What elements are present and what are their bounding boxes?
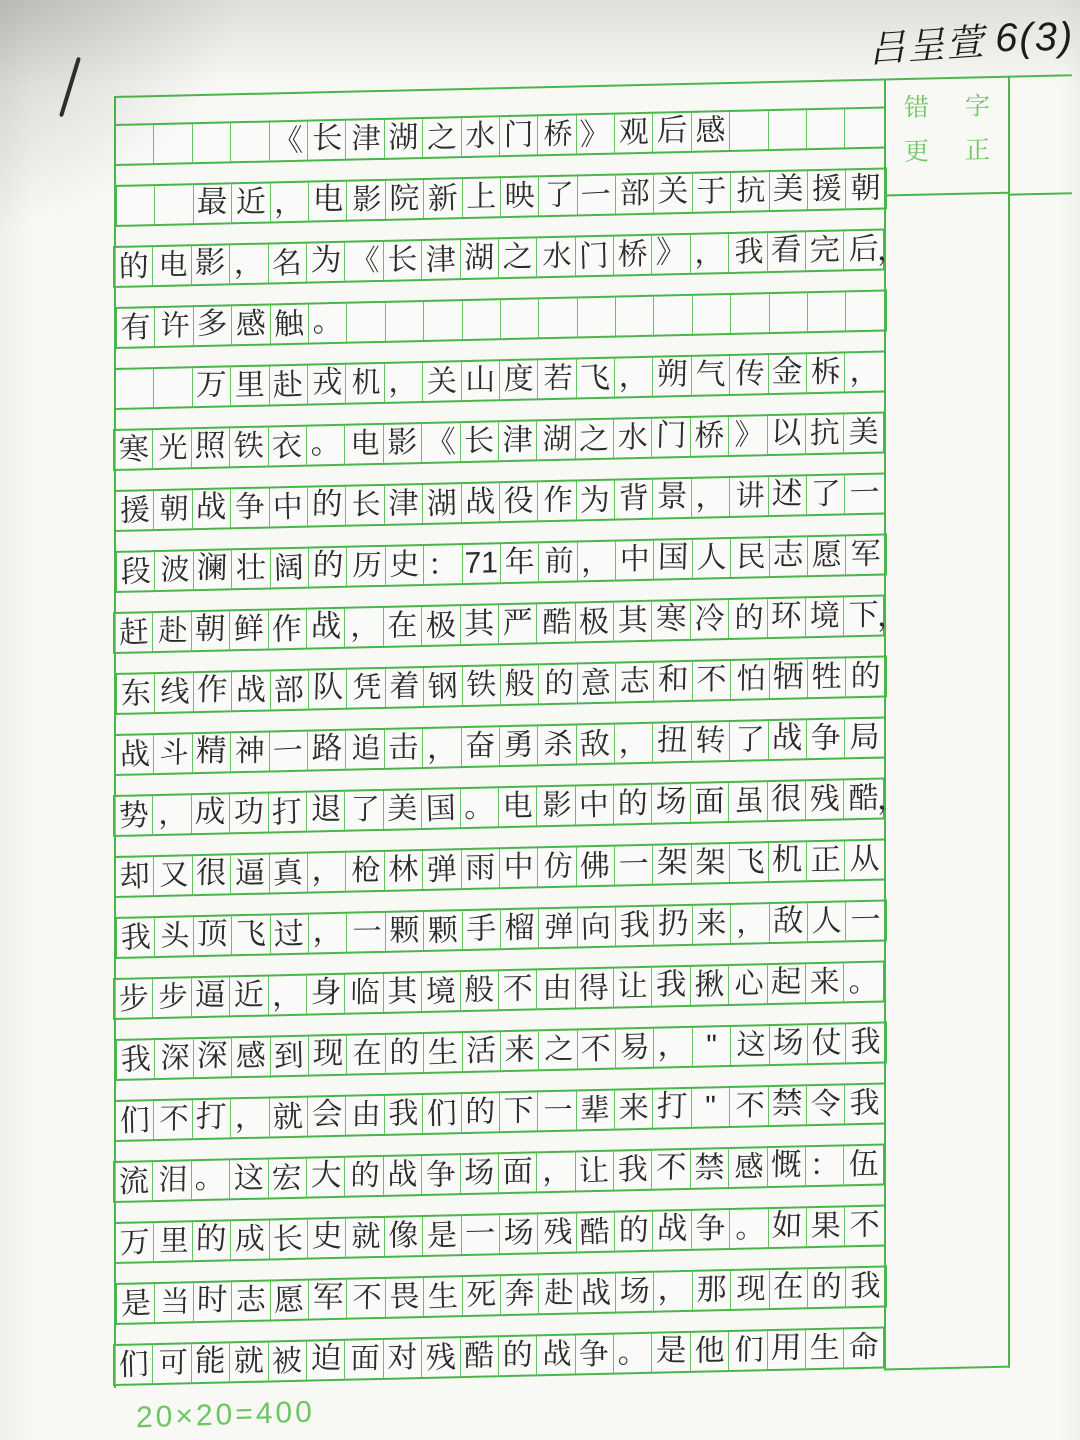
grid-cell: 津 <box>385 485 423 524</box>
grid-cell: 寒 <box>115 430 153 469</box>
grid-cell: 在 <box>347 1035 385 1074</box>
correction-box: 错字 更正 <box>886 76 1008 197</box>
grid-cell: 抗 <box>731 172 769 211</box>
grid-cell: 酷 <box>537 604 575 643</box>
handwritten-character: 酷 <box>542 605 572 642</box>
handwritten-character: 背 <box>619 480 649 519</box>
handwritten-character: ， <box>696 478 726 517</box>
handwritten-character: 门 <box>579 237 610 276</box>
handwritten-character: 度 <box>504 360 534 399</box>
handwritten-character: 关 <box>426 363 457 402</box>
handwritten-character: 宏 <box>272 1159 303 1198</box>
handwritten-character: 赶 <box>118 614 149 653</box>
handwritten-character: 意 <box>581 664 612 703</box>
handwritten-character: 门 <box>656 417 688 456</box>
grid-cell: 榴 <box>501 909 539 948</box>
handwritten-character: 头 <box>160 918 190 955</box>
grid-cell: 影 <box>192 245 230 284</box>
grid-cell: 弹 <box>423 850 461 889</box>
grid-cell: " <box>693 1027 731 1066</box>
grid-cell: ， <box>345 608 383 647</box>
handwritten-character: 境 <box>425 973 456 1012</box>
handwritten-character: 长 <box>464 422 494 461</box>
handwritten-character: 一 <box>543 1092 573 1129</box>
handwritten-character: 战 <box>772 719 804 758</box>
grid-cell: 大 <box>307 1158 345 1197</box>
grid-cell <box>769 110 807 149</box>
handwritten-character: ， <box>658 1271 690 1310</box>
handwritten-character: 我 <box>618 1151 648 1190</box>
handwritten-character: 深 <box>160 1040 190 1077</box>
handwritten-character: 打 <box>196 1098 228 1137</box>
grid-cell: 不 <box>730 1087 768 1126</box>
handwritten-character: 颗 <box>427 912 458 951</box>
grid-cell: 一 <box>538 1092 576 1131</box>
grid-cell: 牲 <box>808 658 846 697</box>
handwritten-character: 美 <box>849 414 879 453</box>
handwritten-character: 的 <box>118 248 149 287</box>
handwritten-character: 不 <box>159 1101 189 1138</box>
grid-cell: 寒 <box>652 601 690 640</box>
handwritten-character: 军 <box>851 536 881 575</box>
handwritten-character: 之 <box>544 1031 574 1068</box>
grid-cell: 来 <box>693 905 731 944</box>
grid-cell: 的 <box>808 1268 846 1307</box>
handwritten-character: 仗 <box>812 1024 842 1063</box>
handwritten-character: 国 <box>425 790 456 829</box>
grid-cell: 触 <box>271 305 309 344</box>
handwritten-character: 们 <box>426 1095 457 1134</box>
grid-cell: 打 <box>653 1089 691 1128</box>
handwritten-character: 易 <box>620 1029 650 1068</box>
handwritten-character: 上 <box>466 178 496 217</box>
grid-cell: 架 <box>692 844 730 883</box>
grid-cell: 《 <box>270 122 308 161</box>
grid-cell: 争 <box>576 1335 614 1374</box>
grid-cell: 场 <box>461 1154 499 1193</box>
handwritten-character: 畏 <box>389 1278 419 1317</box>
grid-cell: 队 <box>309 670 347 709</box>
handwritten-character: 我 <box>120 919 151 958</box>
handwritten-character: 奋 <box>465 727 495 766</box>
handwritten-character: 精 <box>196 732 228 771</box>
grid-cell: 作 <box>194 672 232 711</box>
handwritten-character: 虽 <box>734 783 764 820</box>
handwritten-character: ， <box>581 542 612 581</box>
grid-cell: 里 <box>154 1222 192 1261</box>
handwritten-character: 战 <box>387 1156 417 1195</box>
handwritten-character: 感 <box>734 1149 764 1186</box>
handwritten-character: 场 <box>773 1024 805 1063</box>
grid-cell: 铁 <box>230 427 268 466</box>
grid-cell: 争 <box>422 1155 460 1194</box>
grid-cell: 气 <box>692 356 730 395</box>
handwritten-character: 影 <box>387 424 417 463</box>
handwritten-character: 感 <box>236 1038 266 1077</box>
handwritten-character: 凭 <box>352 670 382 707</box>
grid-cell: 为 <box>577 481 615 520</box>
handwritten-character: 。 <box>735 1210 765 1247</box>
handwritten-character: 的 <box>812 1268 842 1307</box>
grid-cell: 面 <box>691 783 729 822</box>
handwritten-character: 我 <box>850 1085 880 1124</box>
grid-cell: 景 <box>653 479 691 518</box>
grid-cell: 的 <box>386 1034 424 1073</box>
essay-row: 的电影，名为《长津湖之水门桥》，我看完后， <box>113 229 885 289</box>
handwritten-character: 现 <box>312 1035 344 1074</box>
handwritten-character: 不 <box>581 1030 612 1069</box>
handwritten-character: 残 <box>810 781 840 820</box>
handwritten-character: ， <box>350 609 380 646</box>
grid-cell: 其 <box>461 605 499 644</box>
handwritten-character: 像 <box>388 1217 418 1256</box>
handwritten-character: 命 <box>849 1329 879 1368</box>
grid-cell: 万 <box>193 367 231 406</box>
grid-cell: 美 <box>770 171 808 210</box>
handwritten-character: 雨 <box>465 849 495 888</box>
handwritten-character: 枪 <box>351 853 381 890</box>
grid-cell: 般 <box>461 971 499 1010</box>
handwritten-character: 的 <box>389 1034 419 1073</box>
handwritten-character: 争 <box>235 489 265 528</box>
grid-cell: 一 <box>846 902 884 941</box>
handwritten-character: 令 <box>811 1086 841 1125</box>
handwritten-character: 他 <box>695 1332 725 1371</box>
grid-cell: 场 <box>652 784 690 823</box>
handwritten-character: 门 <box>504 116 534 155</box>
essay-row: 万里赴戎机，关山度若飞，朔气传金柝， <box>114 350 886 410</box>
handwritten-character: 后 <box>849 231 879 270</box>
handwritten-character: 为 <box>310 242 342 281</box>
handwritten-character: 电 <box>350 426 380 463</box>
handwritten-character: 场 <box>504 1214 534 1253</box>
handwritten-character: 抗 <box>736 173 766 210</box>
grid-cell: 争 <box>692 1210 730 1249</box>
handwritten-character: 顶 <box>197 915 229 954</box>
grid-cell: 辈 <box>577 1091 615 1130</box>
handwritten-character: 这 <box>234 1160 264 1199</box>
grid-cell: 现 <box>309 1036 347 1075</box>
handwritten-character: 电 <box>503 788 533 827</box>
grid-cell: 战 <box>193 489 231 528</box>
handwritten-character: 环 <box>771 597 803 636</box>
handwritten-character: 战 <box>236 672 266 711</box>
grid-cell: 门 <box>576 237 614 276</box>
handwritten-character: 是 <box>426 1217 457 1256</box>
handwritten-character: 和 <box>658 661 690 700</box>
essay-row: 寒光照铁衣。电影《长津湖之水门桥》以抗美 <box>113 412 885 472</box>
handwritten-character: 击 <box>388 729 418 768</box>
grid-cell: 对 <box>384 1339 422 1378</box>
grid-cell <box>155 185 193 224</box>
handwritten-character: 战 <box>310 608 342 647</box>
grid-cell: 战 <box>769 720 807 759</box>
grid-cell: 。 <box>307 426 345 465</box>
grid-cell: ， <box>615 358 653 397</box>
handwritten-character: 近 <box>236 184 266 223</box>
handwritten-character: 水 <box>618 419 648 458</box>
handwritten-character: 队 <box>312 669 344 708</box>
handwritten-character: 寒 <box>656 600 688 639</box>
grid-cell: 人 <box>808 902 846 941</box>
grid-cell: 一 <box>347 913 385 952</box>
grid-cell: 段 <box>117 552 155 591</box>
essay-row: 《长津湖之水门桥》观后感 <box>114 106 886 166</box>
handwritten-character: 我 <box>734 234 764 271</box>
grid-cell: 枪 <box>346 852 384 891</box>
handwritten-character: 面 <box>503 1154 533 1193</box>
grid-cell: 像 <box>385 1217 423 1256</box>
handwritten-character: 架 <box>696 844 726 883</box>
grid-cell: 生 <box>424 1033 462 1072</box>
grid-cell: 之 <box>576 420 614 459</box>
grid-cell: 击 <box>385 729 423 768</box>
handwritten-character: 追 <box>351 731 381 768</box>
grid-cell: 电 <box>309 182 347 221</box>
grid-cell: 架 <box>653 845 691 884</box>
handwritten-character: 会 <box>311 1096 343 1135</box>
handwritten-character: 金 <box>772 353 804 392</box>
handwritten-character: 逼 <box>195 976 227 1015</box>
grid-cell <box>154 368 192 407</box>
grid-cell: 军 <box>309 1280 347 1319</box>
grid-cell: 向 <box>578 908 616 947</box>
essay-row: 步步逼近，身临其境般不由得让我揪心起来。 <box>113 961 885 1021</box>
grid-cell: 不 <box>652 1150 690 1189</box>
grid-cell: 部 <box>271 671 309 710</box>
handwritten-character: 争 <box>696 1210 726 1249</box>
grid-cell: ， <box>692 478 730 517</box>
handwritten-character: 桥 <box>543 116 573 153</box>
handwritten-character: 机 <box>772 841 804 880</box>
handwritten-character: 湖 <box>464 239 494 278</box>
grid-cell: 在 <box>770 1269 808 1308</box>
grid-cell: 。 <box>844 963 882 1002</box>
handwritten-character: 不 <box>352 1280 382 1317</box>
handwritten-character: 让 <box>579 1152 610 1191</box>
handwritten-character: 牺 <box>773 658 805 697</box>
grid-cell: 。 <box>461 788 499 827</box>
handwritten-character: 酷 <box>849 780 879 819</box>
grid-cell: 影 <box>347 181 385 220</box>
handwritten-character: 那 <box>697 1271 727 1310</box>
grid-cell: 战 <box>232 671 270 710</box>
grid-cell: 令 <box>807 1085 845 1124</box>
handwritten-character: 》 <box>580 115 611 154</box>
grid-cell: ， <box>309 914 347 953</box>
grid-cell: 环 <box>768 598 806 637</box>
grid-cell: 奋 <box>462 727 500 766</box>
grid-cell: 战 <box>537 1336 575 1375</box>
handwritten-character: 。 <box>464 788 494 827</box>
grid-cell: 史 <box>386 546 424 585</box>
grid-cell: 作 <box>538 482 576 521</box>
handwritten-character: 场 <box>620 1273 650 1312</box>
grid-cell: 禁 <box>691 1149 729 1188</box>
grid-cell <box>117 186 155 225</box>
grid-cell: 我 <box>616 907 654 946</box>
grid-cell: 步 <box>115 979 153 1018</box>
grid-cell: 援 <box>808 170 846 209</box>
handwritten-character: 津 <box>425 241 456 280</box>
handwritten-character: 人 <box>697 539 727 578</box>
handwritten-character: 前 <box>544 543 574 580</box>
grid-cell: 起 <box>768 964 806 1003</box>
grid-cell: 活 <box>463 1032 501 1071</box>
handwritten-character: 的 <box>465 1093 495 1132</box>
grid-cell: 颗 <box>424 911 462 950</box>
handwritten-character: 颗 <box>389 912 419 951</box>
grid-cell: 打 <box>269 793 307 832</box>
handwritten-character: 观 <box>619 114 649 153</box>
handwritten-character: 场 <box>656 783 688 822</box>
handwritten-character: 如 <box>772 1207 804 1246</box>
handwritten-character: 湖 <box>388 119 418 158</box>
handwritten-character: 抗 <box>810 415 840 454</box>
grid-cell: 里 <box>231 366 269 405</box>
handwritten-character: 美 <box>773 170 805 209</box>
grid-cell: ， <box>230 244 268 283</box>
grid-cell: 死 <box>463 1276 501 1315</box>
handwritten-character: 了 <box>350 792 380 829</box>
handwritten-character: 一 <box>851 902 881 941</box>
handwritten-character: 一 <box>273 732 304 771</box>
handwritten-character: 逼 <box>235 855 265 894</box>
handwritten-character: ， <box>850 353 880 392</box>
grid-cell: 在 <box>384 607 422 646</box>
grid-cell: 的 <box>309 548 347 587</box>
grid-cell: 桥 <box>538 116 576 155</box>
grid-cell: 从 <box>845 841 883 880</box>
handwritten-character: 段 <box>120 553 151 592</box>
grid-cell: 不 <box>693 661 731 700</box>
handwritten-character: 敌 <box>580 725 611 764</box>
handwritten-character: 用 <box>771 1329 803 1368</box>
handwritten-character: 朝 <box>159 491 189 528</box>
correction-box-line1: 错字 <box>886 86 1008 133</box>
grid-cell: 山 <box>462 361 500 400</box>
grid-cell: 的 <box>115 247 153 286</box>
handwritten-character: 势 <box>118 797 149 836</box>
handwritten-character: 般 <box>505 665 535 704</box>
grid-cell: 却 <box>116 857 154 896</box>
grid-cell: 当 <box>155 1283 193 1322</box>
grid-cell: ， <box>731 904 769 943</box>
grid-cell: 澜 <box>194 550 232 589</box>
handwritten-character: 是 <box>120 1285 151 1324</box>
handwritten-character: 其 <box>618 602 648 641</box>
grid-cell: ： <box>424 545 462 584</box>
grid-cell: ， <box>691 234 729 273</box>
handwritten-character: 生 <box>810 1330 840 1369</box>
grid-cell: 光 <box>153 429 191 468</box>
grid-cell: 功 <box>230 793 268 832</box>
handwritten-character: 后 <box>657 112 689 151</box>
handwritten-character: ， <box>312 913 344 952</box>
grid-cell <box>424 301 462 340</box>
grid-cell: 述 <box>769 476 807 515</box>
handwritten-character: 敌 <box>773 902 805 941</box>
handwritten-character: 东 <box>120 675 151 714</box>
handwritten-character: 作 <box>197 671 229 710</box>
grid-cell: 面 <box>499 1153 537 1192</box>
handwritten-character: 长 <box>273 1220 304 1259</box>
grid-cell: 就 <box>346 1218 384 1257</box>
grid-cell: 又 <box>154 856 192 895</box>
grid-cell: 线 <box>155 673 193 712</box>
grid-cell: 让 <box>576 1152 614 1191</box>
handwritten-character: 》 <box>734 417 764 454</box>
grid-cell <box>578 298 616 337</box>
handwritten-character: 》 <box>656 234 688 273</box>
handwritten-character: 着 <box>389 668 419 707</box>
grid-cell: 局 <box>845 719 883 758</box>
handwritten-character: 湖 <box>542 422 572 459</box>
handwritten-character: 波 <box>160 552 190 589</box>
handwritten-character: ， <box>736 905 766 942</box>
grid-cell: 《 <box>422 423 460 462</box>
handwritten-character: 机 <box>351 365 381 402</box>
grid-cell: 残 <box>806 780 844 819</box>
handwritten-character: 当 <box>160 1284 190 1321</box>
handwritten-character: 作 <box>543 482 573 519</box>
grid-cell: 桥 <box>614 236 652 275</box>
handwritten-character: 不 <box>656 1149 688 1188</box>
essay-row: 战斗精神一路追击，奋勇杀敌，扭转了战争局 <box>114 716 886 776</box>
grid-cell: 敌 <box>577 725 615 764</box>
grid-cell: 的 <box>615 1212 653 1251</box>
handwritten-character: 生 <box>427 1034 458 1073</box>
grid-cell: 敌 <box>770 903 808 942</box>
handwritten-character: 之 <box>579 420 610 459</box>
handwritten-character: ， <box>272 976 303 1015</box>
grid-cell: 人 <box>693 539 731 578</box>
handwritten-character: 的 <box>618 785 648 824</box>
grid-cell: 美 <box>844 414 882 453</box>
handwritten-character: ： <box>810 1147 840 1186</box>
grid-cell: 门 <box>652 418 690 457</box>
grid-cell: 于 <box>693 173 731 212</box>
handwritten-character: 感 <box>236 306 266 345</box>
handwritten-character: 佛 <box>580 847 611 886</box>
grid-cell: 观 <box>615 114 653 153</box>
handwritten-character: 迫 <box>310 1340 342 1379</box>
handwritten-character: ， <box>234 245 264 284</box>
grid-cell: 那 <box>693 1271 731 1310</box>
grid-cell: 逼 <box>231 854 269 893</box>
grid-cell: 史 <box>308 1219 346 1258</box>
handwritten-character: ， <box>311 852 343 891</box>
grid-cell: 步 <box>153 978 191 1017</box>
grid-cell: 退 <box>307 792 345 831</box>
handwritten-character: 完 <box>810 232 840 271</box>
grid-cell: 金 <box>769 354 807 393</box>
grid-cell: 。 <box>614 1334 652 1373</box>
handwritten-character: 。 <box>849 963 879 1002</box>
handwritten-character: 的 <box>311 486 343 525</box>
grid-cell: 完 <box>806 231 844 270</box>
grid-cell: 朝 <box>846 170 884 209</box>
grid-cell: 的 <box>193 1221 231 1260</box>
grid-cell: 战 <box>307 609 345 648</box>
handwritten-character: 下 <box>849 597 879 636</box>
grid-cell: 追 <box>346 730 384 769</box>
handwritten-character: 之 <box>503 239 533 278</box>
handwritten-character: 万 <box>119 1224 150 1263</box>
grid-cell: 的 <box>499 1336 537 1375</box>
essay-row: 却又很逼真，枪林弹雨中仿佛一架架飞机正从 <box>114 838 886 898</box>
grid-cell: ， <box>845 353 883 392</box>
